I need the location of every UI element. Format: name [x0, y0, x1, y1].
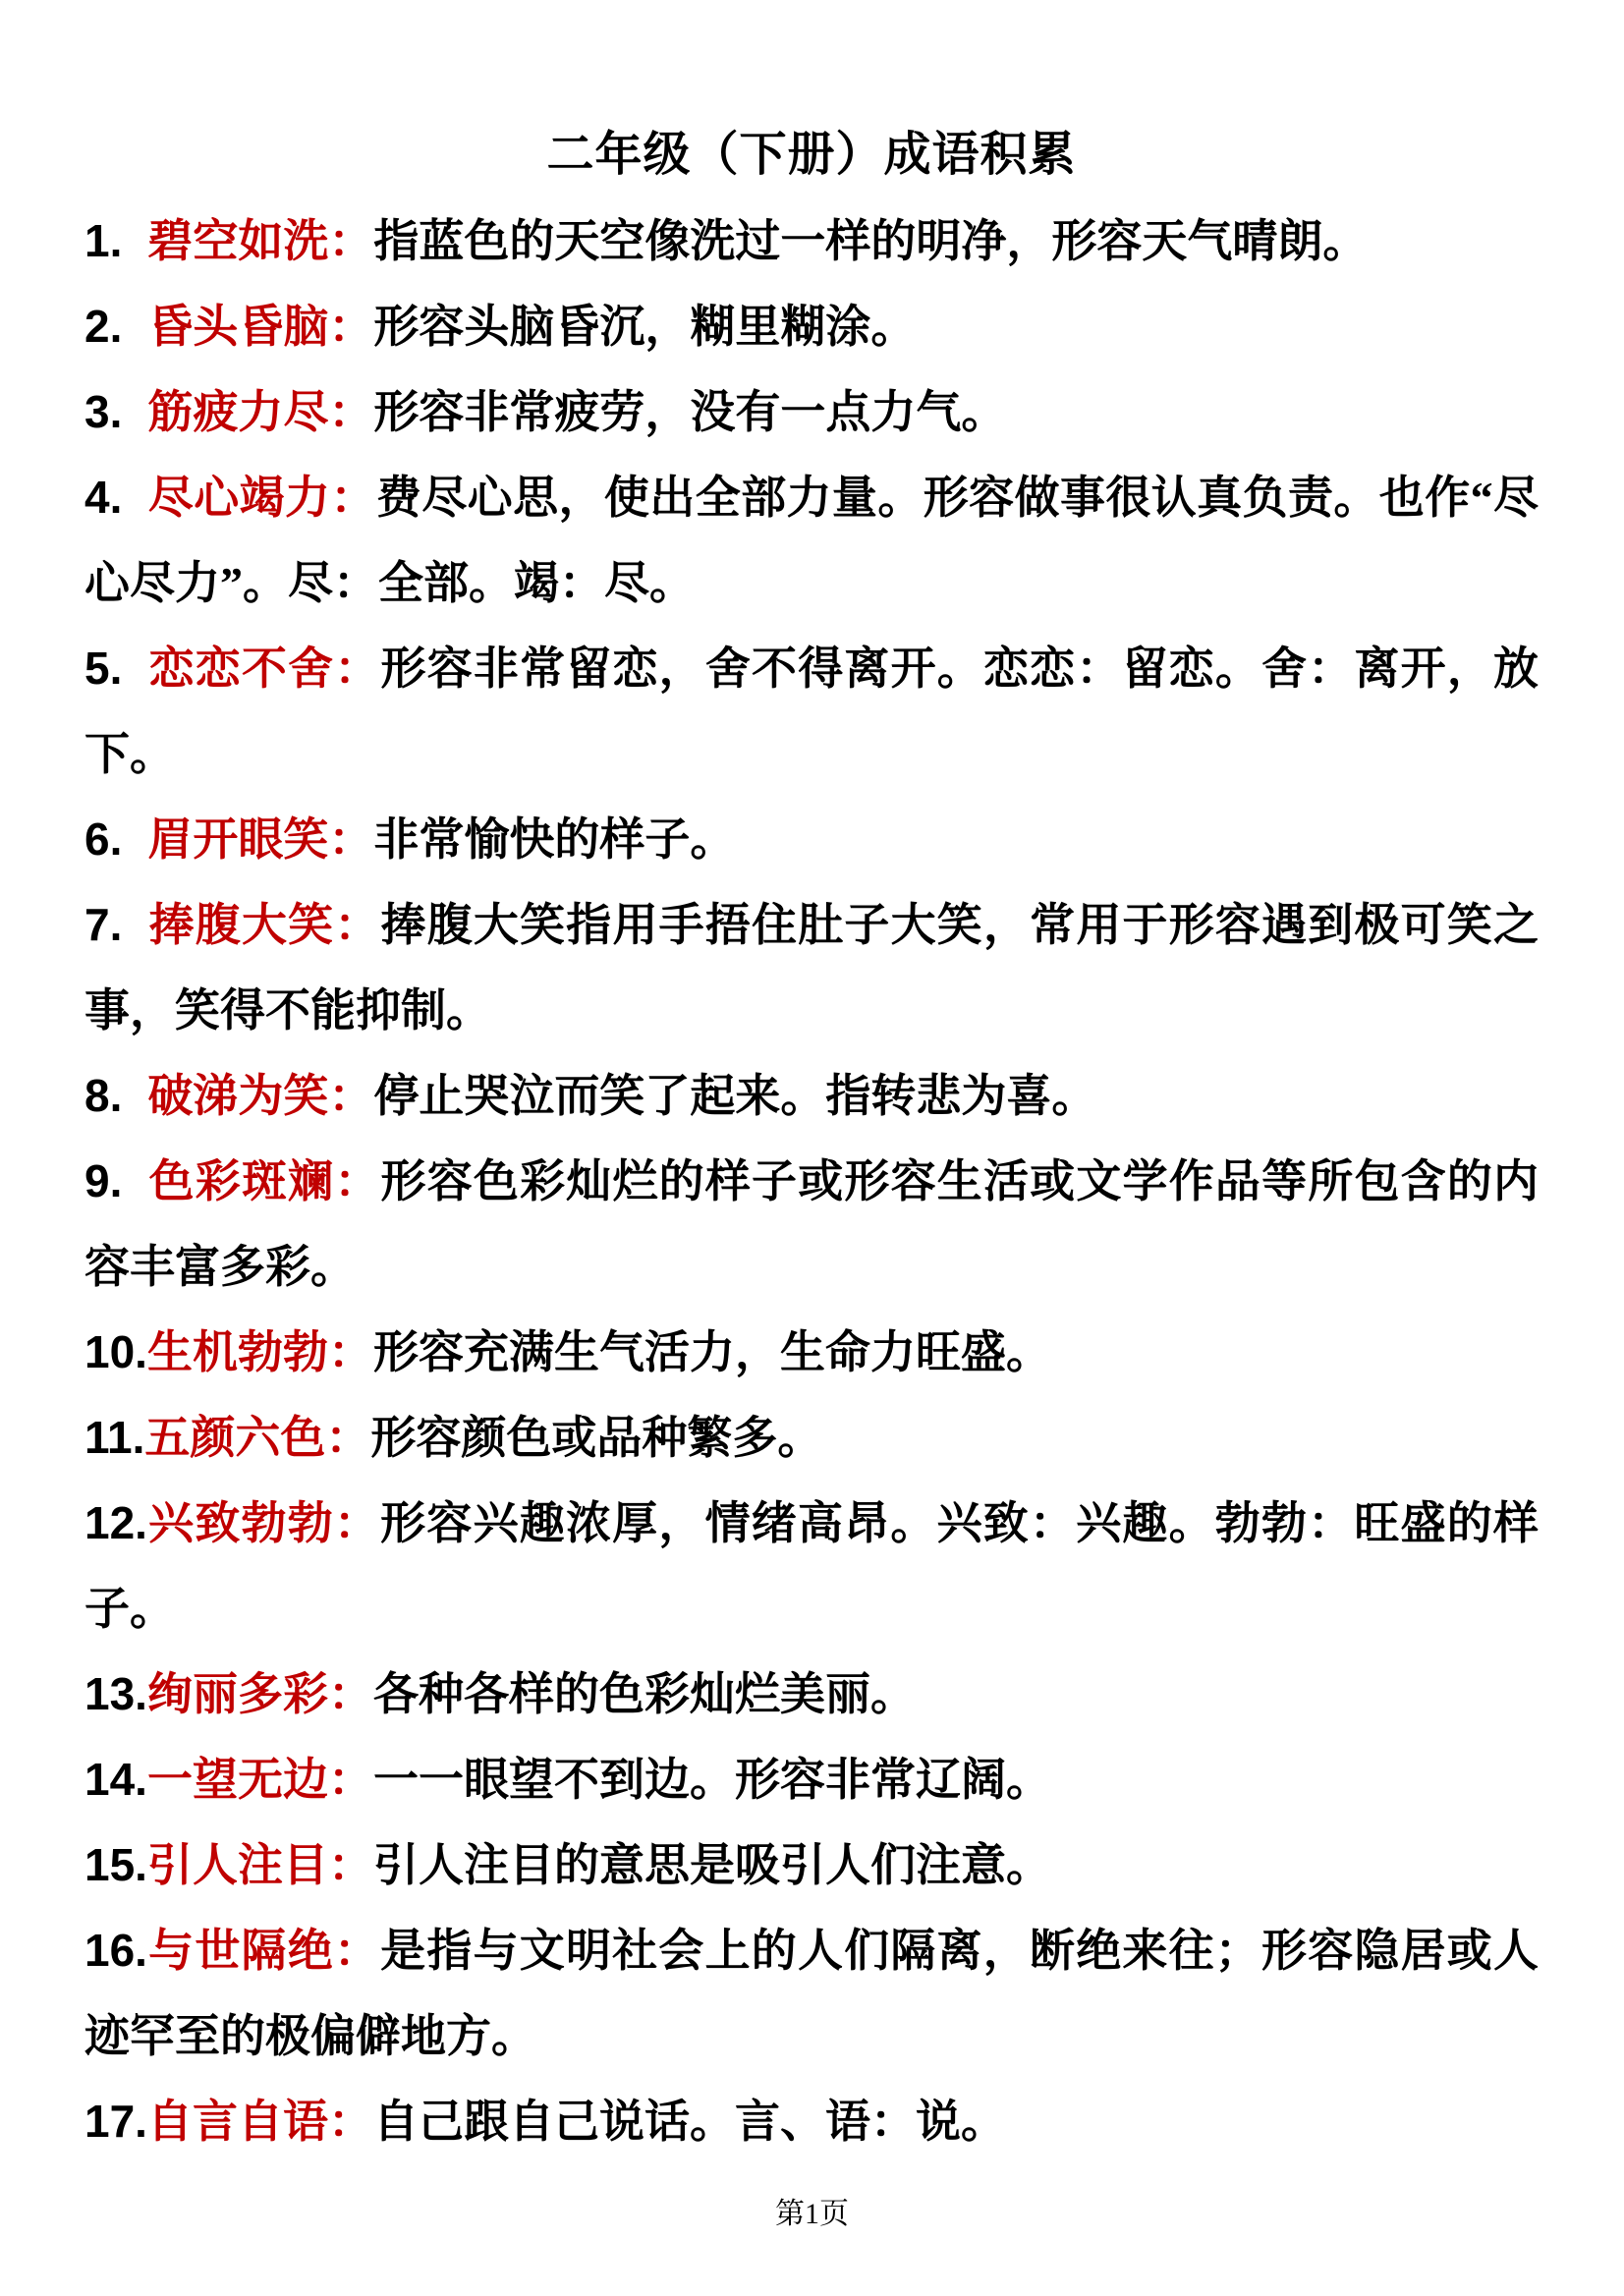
document-content: 二年级（下册）成语积累 1.碧空如洗：指蓝色的天空像洗过一样的明净，形容天气晴朗…	[84, 112, 1539, 2164]
idiom-colon: ：	[328, 387, 373, 437]
idiom-definition: 停止哭泣而笑了起来。指转悲为喜。	[373, 1071, 1096, 1121]
idiom-definition: 指蓝色的天空像洗过一样的明净，形容天气晴朗。	[373, 216, 1368, 266]
idiom-colon: ：	[328, 302, 373, 352]
idiom-entry: 17.自言自语：自己跟自己说话。言、语：说。	[84, 2079, 1539, 2164]
idiom-text: 一望无边	[147, 1755, 328, 1805]
idiom-entry: 7.捧腹大笑：捧腹大笑指用手捂住肚子大笑，常用于形容遇到极可笑之事，笑得不能抑制…	[84, 882, 1539, 1053]
idiom-entry: 2.昏头昏脑：形容头脑昏沉，糊里糊涂。	[84, 284, 1539, 369]
item-number: 4.	[84, 472, 122, 523]
idiom-definition: 一一眼望不到边。形容非常辽阔。	[373, 1755, 1051, 1805]
idiom-text: 绚丽多彩	[147, 1669, 328, 1719]
idiom-definition: 形容颜色或品种繁多。	[370, 1413, 822, 1463]
idiom-text: 破涕为笑	[147, 1071, 328, 1121]
idiom-colon: ：	[328, 1669, 373, 1719]
idiom-entry: 13.绚丽多彩：各种各样的色彩灿烂美丽。	[84, 1652, 1539, 1737]
item-number: 1.	[84, 215, 122, 266]
item-number: 8.	[84, 1070, 122, 1121]
idiom-definition: 自己跟自己说话。言、语：说。	[373, 2097, 1006, 2147]
idiom-colon: ：	[334, 1926, 380, 1976]
item-number: 16.	[84, 1925, 147, 1976]
idiom-entry: 6.眉开眼笑：非常愉快的样子。	[84, 797, 1539, 882]
item-number: 6.	[84, 813, 122, 865]
page-title: 二年级（下册）成语积累	[84, 112, 1539, 198]
idiom-colon: ：	[334, 1498, 380, 1548]
idiom-text: 筋疲力尽	[147, 387, 328, 437]
idiom-entry: 8.破涕为笑：停止哭泣而笑了起来。指转悲为喜。	[84, 1053, 1539, 1139]
idiom-entry: 16.与世隔绝：是指与文明社会上的人们隔离，断绝来往；形容隐居或人迹罕至的极偏僻…	[84, 1908, 1539, 2079]
idiom-colon: ：	[328, 814, 373, 865]
idiom-colon: ：	[328, 1071, 373, 1121]
item-number: 2.	[84, 301, 122, 352]
idiom-entry: 11.五颜六色：形容颜色或品种繁多。	[84, 1395, 1539, 1481]
item-number: 17.	[84, 2096, 147, 2147]
idiom-colon: ：	[334, 900, 380, 950]
idiom-colon: ：	[328, 1755, 373, 1805]
idiom-entry: 9.色彩斑斓：形容色彩灿烂的样子或形容生活或文学作品等所包含的内容丰富多彩。	[84, 1139, 1539, 1310]
idiom-text: 捧腹大笑	[147, 900, 334, 950]
idiom-text: 昏头昏脑	[147, 302, 328, 352]
idiom-definition: 形容非常疲劳，没有一点力气。	[373, 387, 1006, 437]
idiom-text: 兴致勃勃	[147, 1498, 334, 1548]
idiom-entry: 12.兴致勃勃：形容兴趣浓厚，情绪高昂。兴致：兴趣。勃勃：旺盛的样子。	[84, 1481, 1539, 1652]
idiom-text: 引人注目	[147, 1840, 328, 1890]
idiom-colon: ：	[328, 2097, 373, 2147]
idiom-entry: 1.碧空如洗：指蓝色的天空像洗过一样的明净，形容天气晴朗。	[84, 198, 1539, 284]
item-number: 5.	[84, 643, 122, 694]
item-number: 13.	[84, 1668, 147, 1719]
idiom-definition: 各种各样的色彩灿烂美丽。	[373, 1669, 916, 1719]
idiom-colon: ：	[334, 1156, 380, 1206]
item-number: 10.	[84, 1326, 147, 1377]
item-number: 15.	[84, 1839, 147, 1890]
idiom-definition: 非常愉快的样子。	[373, 814, 735, 865]
item-number: 12.	[84, 1497, 147, 1548]
idiom-entry: 15.引人注目：引人注目的意思是吸引人们注意。	[84, 1822, 1539, 1908]
idiom-text: 恋恋不舍	[147, 644, 334, 694]
idiom-entry: 10.生机勃勃：形容充满生气活力，生命力旺盛。	[84, 1310, 1539, 1395]
idiom-colon: ：	[328, 1840, 373, 1890]
idiom-definition: 形容头脑昏沉，糊里糊涂。	[373, 302, 916, 352]
idiom-text: 与世隔绝	[147, 1926, 334, 1976]
idiom-colon: ：	[325, 1413, 370, 1463]
idiom-text: 五颜六色	[144, 1413, 325, 1463]
item-number: 14.	[84, 1754, 147, 1805]
idiom-list: 1.碧空如洗：指蓝色的天空像洗过一样的明净，形容天气晴朗。 2.昏头昏脑：形容头…	[84, 198, 1539, 2164]
idiom-colon: ：	[330, 473, 375, 523]
idiom-text: 尽心竭力	[147, 473, 330, 523]
item-number: 3.	[84, 386, 122, 437]
page-number: 第1页	[775, 2198, 849, 2230]
idiom-text: 自言自语	[147, 2097, 328, 2147]
item-number: 11.	[84, 1412, 144, 1463]
idiom-text: 眉开眼笑	[147, 814, 328, 865]
item-number: 9.	[84, 1155, 122, 1206]
idiom-text: 生机勃勃	[147, 1327, 328, 1377]
idiom-entry: 5.恋恋不舍：形容非常留恋，舍不得离开。恋恋：留恋。舍：离开，放下。	[84, 626, 1539, 797]
page-footer: 第1页	[0, 2193, 1624, 2236]
idiom-text: 色彩斑斓	[147, 1156, 334, 1206]
idiom-colon: ：	[328, 216, 373, 266]
idiom-text: 碧空如洗	[147, 216, 328, 266]
idiom-definition: 引人注目的意思是吸引人们注意。	[373, 1840, 1051, 1890]
idiom-entry: 4.尽心竭力：费尽心思，使出全部力量。形容做事很认真负责。也作“尽心尽力”。尽：…	[84, 455, 1539, 626]
idiom-entry: 3.筋疲力尽：形容非常疲劳，没有一点力气。	[84, 369, 1539, 455]
idiom-definition: 形容充满生气活力，生命力旺盛。	[373, 1327, 1051, 1377]
document-page: 二年级（下册）成语积累 1.碧空如洗：指蓝色的天空像洗过一样的明净，形容天气晴朗…	[0, 0, 1624, 2296]
idiom-entry: 14.一望无边：一一眼望不到边。形容非常辽阔。	[84, 1737, 1539, 1822]
item-number: 7.	[84, 899, 122, 950]
idiom-colon: ：	[328, 1327, 373, 1377]
idiom-colon: ：	[334, 644, 380, 694]
